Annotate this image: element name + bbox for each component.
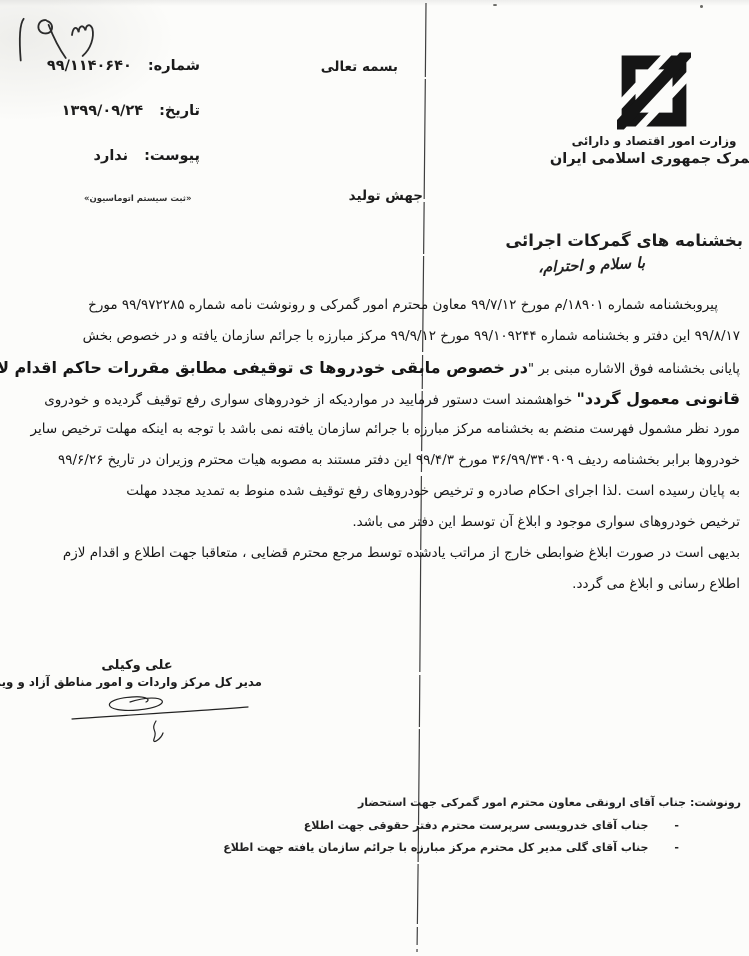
body-text: مورد نظر مشمول فهرست منضم به بخشنامه مرک… (31, 421, 740, 437)
meta-value: ۹۹/۱۱۴۰۶۴۰ (47, 58, 132, 74)
copy-text: جناب آقای گلی مدیر کل محترم مرکز مبارزه … (223, 841, 648, 854)
body-text: اطلاع رسانی و ابلاغ می گردد. (572, 576, 740, 592)
meta-value: ندارد (94, 148, 129, 164)
signature-block: علی وکیلی مدیر کل مرکز واردات و امور منا… (12, 658, 262, 689)
scan-speck (700, 5, 703, 8)
scan-speck (493, 4, 497, 6)
copy-text: رونوشت: جناب آقای ارونقی معاون محترم امو… (358, 796, 741, 809)
signature-scribble (68, 688, 253, 746)
body-line: قانونی معمول گردد" خواهشمند است دستور فر… (0, 383, 740, 414)
body-line: اطلاع رسانی و ابلاغ می گردد. (0, 569, 740, 600)
handwritten-greeting: با سلام و احترام، (538, 254, 646, 277)
meta-label: شماره: (148, 58, 200, 74)
body-text: بدیهی است در صورت ابلاغ ضوابطی خارج از م… (63, 545, 740, 561)
customs-logo-icon (617, 52, 691, 130)
body-text: پیروبخشنامه شماره ۱۸۹۰۱/م مورخ ۹۹/۷/۱۲ م… (88, 297, 718, 313)
circular-title: بخشنامه های گمرکات اجرائی (505, 231, 743, 250)
letter-body: پیروبخشنامه شماره ۱۸۹۰۱/م مورخ ۹۹/۷/۱۲ م… (0, 290, 740, 600)
body-line: خودروها برابر بخشنامه ردیف ۳۶/۹۹/۳۴۰۹۰۹ … (0, 445, 740, 476)
copy-item: -جناب آقای گلی مدیر کل محترم مرکز مبارزه… (223, 837, 741, 860)
body-line: پایانی بخشنامه فوق الاشاره مبنی بر "در خ… (0, 352, 740, 383)
meta-row: شماره:۹۹/۱۱۴۰۶۴۰ (47, 58, 200, 103)
copy-item: رونوشت: جناب آقای ارونقی معاون محترم امو… (223, 792, 741, 815)
dash-bullet: - (674, 837, 679, 860)
automation-note: «ثبت سیستم اتوماسیون» (84, 194, 191, 204)
body-text: خواهشمند است دستور فرمایید در مواردیکه ا… (44, 392, 576, 408)
body-text: به پایان رسیده است .لذا اجرای احکام صادر… (126, 483, 740, 499)
body-line: پیروبخشنامه شماره ۱۸۹۰۱/م مورخ ۹۹/۷/۱۲ م… (0, 290, 740, 321)
copy-text: جناب آقای خدرویسی سرپرست محترم دفتر حقوق… (304, 819, 649, 832)
bismillah-text: بسمه تعالی (321, 59, 398, 75)
emphasized-phrase: قانونی معمول گردد" (577, 389, 740, 408)
letterhead: وزارت امور اقتصاد و دارائی گمرک جمهوری ا… (574, 52, 734, 167)
body-text: خودروها برابر بخشنامه ردیف ۳۶/۹۹/۳۴۰۹۰۹ … (58, 452, 740, 468)
production-slogan: جهش تولید (349, 188, 423, 204)
scanned-letter-page: شماره:۹۹/۱۱۴۰۶۴۰تاریخ:۱۳۹۹/۰۹/۲۴پیوست:ند… (0, 0, 749, 956)
copy-list: رونوشت: جناب آقای ارونقی معاون محترم امو… (223, 792, 741, 860)
body-line: ۹۹/۸/۱۷ این دفتر و بخشنامه شماره ۹۹/۱۰۹۲… (0, 321, 740, 352)
meta-row: تاریخ:۱۳۹۹/۰۹/۲۴ (47, 103, 200, 148)
signatory-name: علی وکیلی (12, 658, 262, 673)
body-text: ترخیص خودروهای سواری موجود و ابلاغ آن تو… (352, 514, 740, 530)
meta-label: تاریخ: (159, 103, 200, 119)
body-line: بدیهی است در صورت ابلاغ ضوابطی خارج از م… (0, 538, 740, 569)
dash-bullet: - (674, 815, 679, 838)
ministry-name: وزارت امور اقتصاد و دارائی (572, 134, 737, 148)
organization-name: گمرک جمهوری اسلامی ایران (550, 151, 749, 167)
meta-value: ۱۳۹۹/۰۹/۲۴ (62, 103, 143, 119)
copy-item: -جناب آقای خدرویسی سرپرست محترم دفتر حقو… (223, 815, 741, 838)
body-text: ۹۹/۸/۱۷ این دفتر و بخشنامه شماره ۹۹/۱۰۹۲… (83, 328, 740, 344)
meta-rows: شماره:۹۹/۱۱۴۰۶۴۰تاریخ:۱۳۹۹/۰۹/۲۴پیوست:ند… (47, 58, 200, 193)
meta-label: پیوست: (144, 148, 200, 164)
body-line: به پایان رسیده است .لذا اجرای احکام صادر… (0, 476, 740, 507)
body-text: پایانی بخشنامه فوق الاشاره مبنی بر " (528, 361, 740, 377)
body-line: ترخیص خودروهای سواری موجود و ابلاغ آن تو… (0, 507, 740, 538)
body-line: مورد نظر مشمول فهرست منضم به بخشنامه مرک… (0, 414, 740, 445)
signatory-title: مدیر کل مرکز واردات و امور مناطق آزاد و … (12, 675, 262, 689)
emphasized-phrase: در خصوص مابقی خودروها ی توقیفی مطابق مقر… (0, 358, 528, 377)
meta-row: پیوست:ندارد (47, 148, 200, 193)
